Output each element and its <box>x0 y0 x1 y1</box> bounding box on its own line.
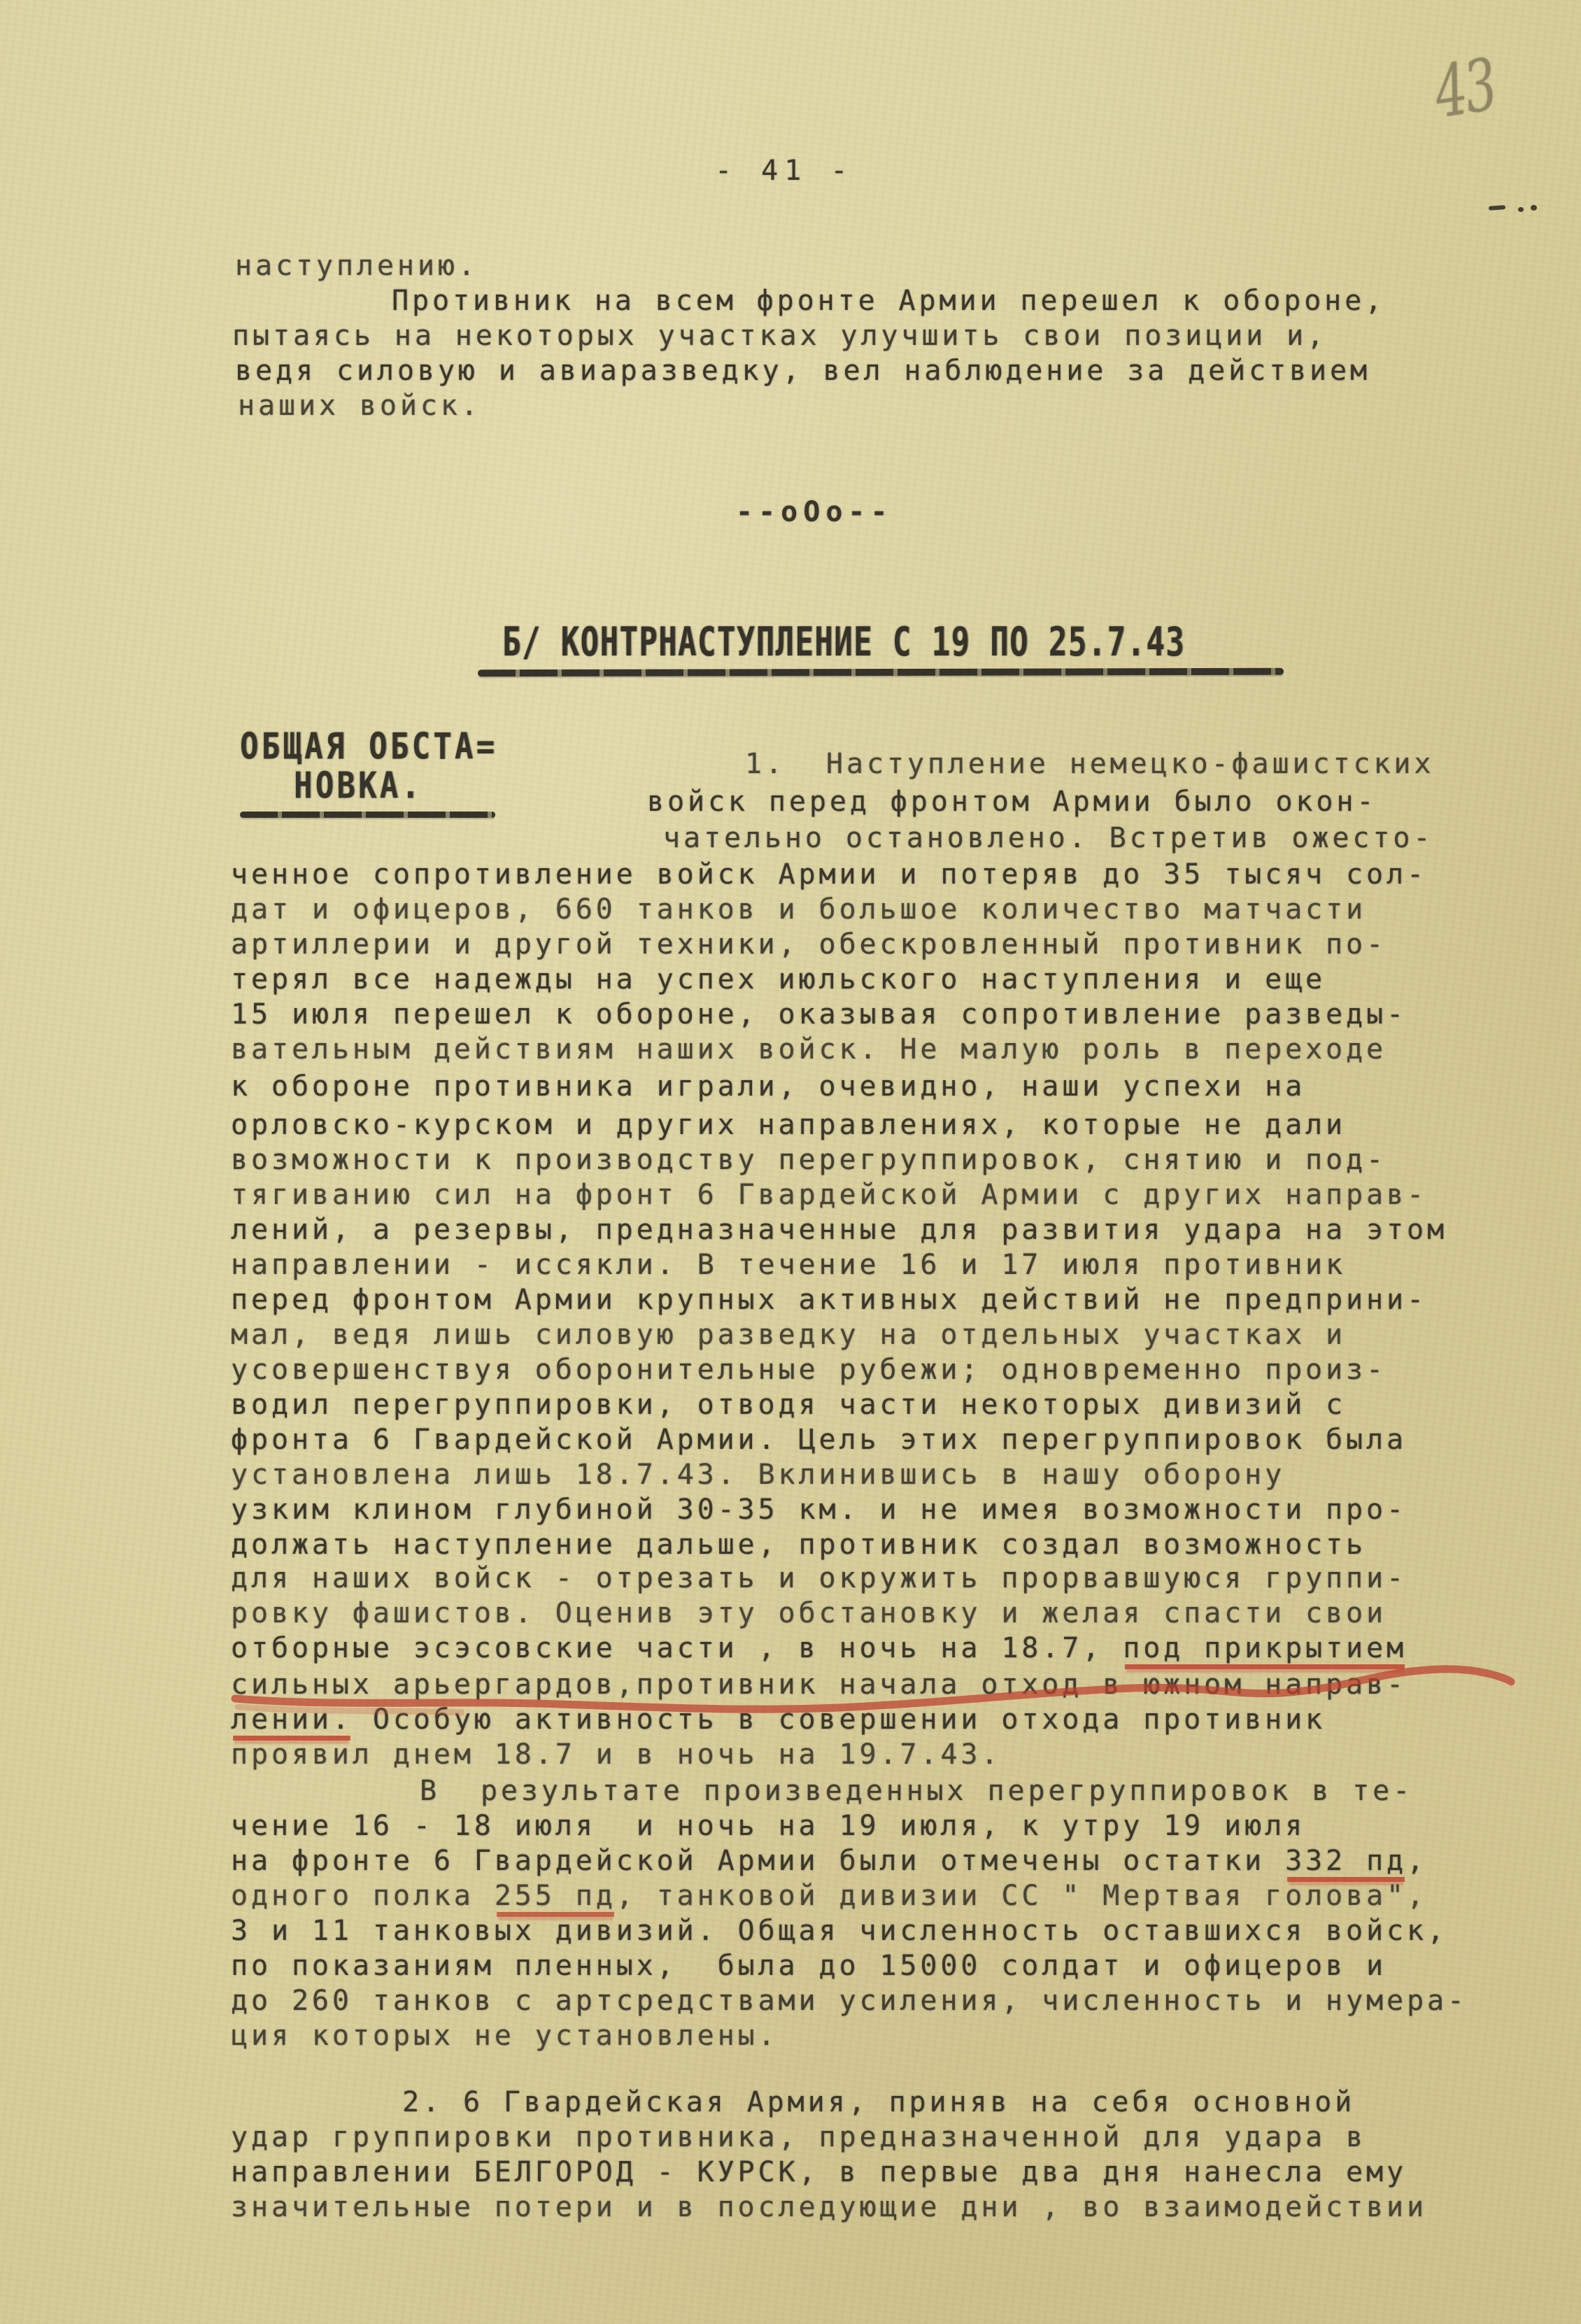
text-segment: Противник на всем фронте Армии перешел к… <box>392 285 1385 317</box>
text-segment: на фронте 6 Гвардейской Армии были отмеч… <box>231 1845 1285 1877</box>
margin-heading-line1: ОБЩАЯ ОБСТА= <box>240 729 497 765</box>
text-segment: фронта 6 Гвардейской Армии. Цель этих пе… <box>231 1424 1407 1456</box>
text-segment: 3 и 11 танковых дивизий. Общая численнос… <box>231 1915 1447 1947</box>
text-segment: пытаясь на некоторых участках улучшить с… <box>232 320 1327 352</box>
text-segment: перед фронтом Армии крупных активных дей… <box>231 1284 1427 1316</box>
text-line: артиллерии и другой техники, обескровлен… <box>231 930 1387 958</box>
text-segment: мал, ведя лишь силовую разведку на отдел… <box>231 1319 1346 1351</box>
text-line: ченное сопротивление войск Армии и потер… <box>231 860 1427 888</box>
text-line: ведя силовую и авиаразведку, вел наблюде… <box>235 357 1370 385</box>
text-segment: возможности к производству перегруппиров… <box>231 1144 1387 1176</box>
text-segment: войск перед фронтом Армии было окон- <box>647 786 1377 818</box>
text-segment: установлена лишь 18.7.43. Вклинившись в … <box>231 1459 1285 1491</box>
text-line: 1. Наступление немецко-фашистских <box>745 750 1434 778</box>
text-line: направлении - иссякли. В течение 16 и 17… <box>231 1251 1346 1279</box>
document-page: 43 - 41 - наступлению.Противник на всем … <box>0 0 1581 2324</box>
text-line: Противник на всем фронте Армии перешел к… <box>392 287 1385 315</box>
red-pencil-underlined-text: лении. <box>231 1703 353 1736</box>
text-line: наступлению. <box>235 252 478 280</box>
text-segment: узким клином глубиной 30-35 км. и не име… <box>231 1494 1407 1526</box>
text-segment: проявил днем 18.7 и в ночь на 19.7.43. <box>231 1738 1001 1771</box>
text-line: сильных арьергардов,противник начала отх… <box>231 1671 1407 1699</box>
section-separator: --оОо-- <box>736 498 893 526</box>
red-pencil-underlined-text: 332 пд <box>1285 1845 1407 1877</box>
text-line: вательным действиям наших войск. Не малу… <box>231 1035 1387 1063</box>
text-segment: лений, а резервы, предназначенные для ра… <box>231 1214 1447 1246</box>
text-line: узким клином глубиной 30-35 км. и не име… <box>231 1496 1407 1524</box>
text-line: возможности к производству перегруппиров… <box>231 1146 1387 1174</box>
text-line: пытаясь на некоторых участках улучшить с… <box>232 322 1327 350</box>
red-pencil-underlined-text: 255 пд <box>495 1880 616 1912</box>
text-line: направлении БЕЛГОРОД - КУРСК, в первые д… <box>231 2158 1407 2186</box>
text-line: 3 и 11 танковых дивизий. Общая численнос… <box>231 1917 1447 1945</box>
text-segment: водил перегруппировки, отводя части неко… <box>231 1389 1346 1421</box>
text-line: ция которых не установлены. <box>231 2022 779 2050</box>
text-line: по показаниям пленных, была до 15000 сол… <box>231 1952 1387 1980</box>
text-line: фронта 6 Гвардейской Армии. Цель этих пе… <box>231 1426 1407 1454</box>
text-segment: одного полка <box>231 1880 495 1912</box>
text-segment: 2. 6 Гвардейская Армия, приняв на себя о… <box>402 2086 1355 2118</box>
text-segment: 1. Наступление немецко-фашистских <box>745 748 1434 780</box>
page-number: - 41 - <box>715 157 854 185</box>
text-line: до 260 танков с артсредствами усиления, … <box>231 1987 1468 2015</box>
text-line: дат и офицеров, 660 танков и большое кол… <box>231 895 1366 923</box>
text-segment: отборные эсэсовские части , в ночь на 18… <box>231 1632 1123 1664</box>
text-line: тягиванию сил на фронт 6 Гвардейской Арм… <box>231 1181 1427 1209</box>
pencil-folio-number: 43 <box>1430 50 1500 129</box>
text-segment: орловско-курском и других направлениях, … <box>231 1109 1346 1141</box>
text-segment: направлении БЕЛГОРОД - КУРСК, в первые д… <box>231 2156 1407 2188</box>
text-segment: , <box>1407 1845 1427 1877</box>
text-segment: терял все надежды на успех июльского нас… <box>231 963 1326 996</box>
text-line: перед фронтом Армии крупных активных дей… <box>231 1286 1427 1314</box>
text-segment: дат и офицеров, 660 танков и большое кол… <box>231 893 1366 926</box>
text-segment: ровку фашистов. Оценив эту обстановку и … <box>231 1597 1387 1629</box>
text-line: водил перегруппировки, отводя части неко… <box>231 1391 1346 1419</box>
text-line: лении. Особую активность в совершении от… <box>231 1706 1326 1734</box>
text-segment: Особую активность в совершении отхода пр… <box>353 1703 1326 1736</box>
text-line: мал, ведя лишь силовую разведку на отдел… <box>231 1321 1346 1349</box>
text-line: ровку фашистов. Оценив эту обстановку и … <box>231 1599 1387 1627</box>
text-line: на фронте 6 Гвардейской Армии были отмеч… <box>231 1847 1427 1875</box>
text-segment: наступлению. <box>235 250 478 282</box>
text-segment: по показаниям пленных, была до 15000 сол… <box>231 1950 1387 1982</box>
text-line: удар группировки противника, предназначе… <box>231 2123 1366 2151</box>
text-segment: направлении - иссякли. В течение 16 и 17… <box>231 1249 1346 1281</box>
text-segment: тягиванию сил на фронт 6 Гвардейской Арм… <box>231 1179 1427 1211</box>
text-line: к обороне противника играли, очевидно, н… <box>231 1072 1305 1100</box>
margin-heading-line2: НОВКА. <box>294 768 423 805</box>
paper-speck <box>1518 207 1524 212</box>
text-line: усовершенствуя оборонительные рубежи; од… <box>231 1356 1387 1384</box>
text-segment: ведя силовую и авиаразведку, вел наблюде… <box>235 355 1370 387</box>
text-line: чение 16 - 18 июля и ночь на 19 июля, к … <box>231 1812 1305 1840</box>
text-segment: значительные потери и в последующие дни … <box>231 2191 1427 2223</box>
section-heading-underline <box>478 668 1284 676</box>
paper-speck <box>1531 205 1537 211</box>
text-line: должать наступление дальше, противник со… <box>231 1531 1366 1559</box>
margin-heading-underline <box>240 812 495 818</box>
text-line: для наших войск - отрезать и окружить пр… <box>231 1564 1407 1592</box>
text-segment: ченное сопротивление войск Армии и потер… <box>231 858 1427 891</box>
text-line: значительные потери и в последующие дни … <box>231 2193 1427 2221</box>
text-segment: 15 июля перешел к обороне, оказывая сопр… <box>231 998 1407 1030</box>
text-line: войск перед фронтом Армии было окон- <box>647 788 1377 816</box>
text-line: одного полка 255 пд, танковой дивизии СС… <box>231 1882 1427 1910</box>
text-segment: сильных арьергардов,противник начала отх… <box>231 1668 1407 1701</box>
text-line: В результате произведенных перегруппиров… <box>420 1777 1413 1805</box>
text-segment: для наших войск - отрезать и окружить пр… <box>231 1562 1407 1594</box>
red-pencil-underlined-text: под прикрытием <box>1123 1632 1407 1664</box>
section-heading: Б/ КОНТРНАСТУПЛЕНИЕ С 19 ПО 25.7.43 <box>502 623 1185 663</box>
text-segment: вательным действиям наших войск. Не малу… <box>231 1033 1387 1065</box>
text-line: чательно остановлено. Встретив ожесто- <box>663 824 1433 852</box>
text-line: 2. 6 Гвардейская Армия, приняв на себя о… <box>402 2088 1355 2116</box>
text-line: наших войск. <box>238 392 481 420</box>
text-segment: наших войск. <box>238 390 481 422</box>
text-segment: , танковой дивизии СС " Мертвая голова", <box>616 1880 1427 1912</box>
text-segment: артиллерии и другой техники, обескровлен… <box>231 928 1387 961</box>
text-segment: к обороне противника играли, очевидно, н… <box>231 1070 1305 1103</box>
text-segment: удар группировки противника, предназначе… <box>231 2121 1366 2153</box>
text-segment: чательно остановлено. Встретив ожесто- <box>663 822 1433 854</box>
text-line: орловско-курском и других направлениях, … <box>231 1111 1346 1139</box>
text-segment: до 260 танков с артсредствами усиления, … <box>231 1985 1468 2017</box>
text-line: терял все надежды на успех июльского нас… <box>231 965 1326 993</box>
text-segment: чение 16 - 18 июля и ночь на 19 июля, к … <box>231 1810 1305 1842</box>
text-segment: усовершенствуя оборонительные рубежи; од… <box>231 1354 1387 1386</box>
paper-speck <box>1489 205 1505 211</box>
text-segment: должать наступление дальше, противник со… <box>231 1529 1366 1561</box>
text-line: лений, а резервы, предназначенные для ра… <box>231 1216 1447 1244</box>
text-segment: В результате произведенных перегруппиров… <box>420 1775 1413 1807</box>
text-line: проявил днем 18.7 и в ночь на 19.7.43. <box>231 1741 1001 1769</box>
text-line: 15 июля перешел к обороне, оказывая сопр… <box>231 1000 1407 1028</box>
text-segment: ция которых не установлены. <box>231 2020 779 2052</box>
text-line: отборные эсэсовские части , в ночь на 18… <box>231 1634 1407 1662</box>
text-line: установлена лишь 18.7.43. Вклинившись в … <box>231 1461 1285 1489</box>
